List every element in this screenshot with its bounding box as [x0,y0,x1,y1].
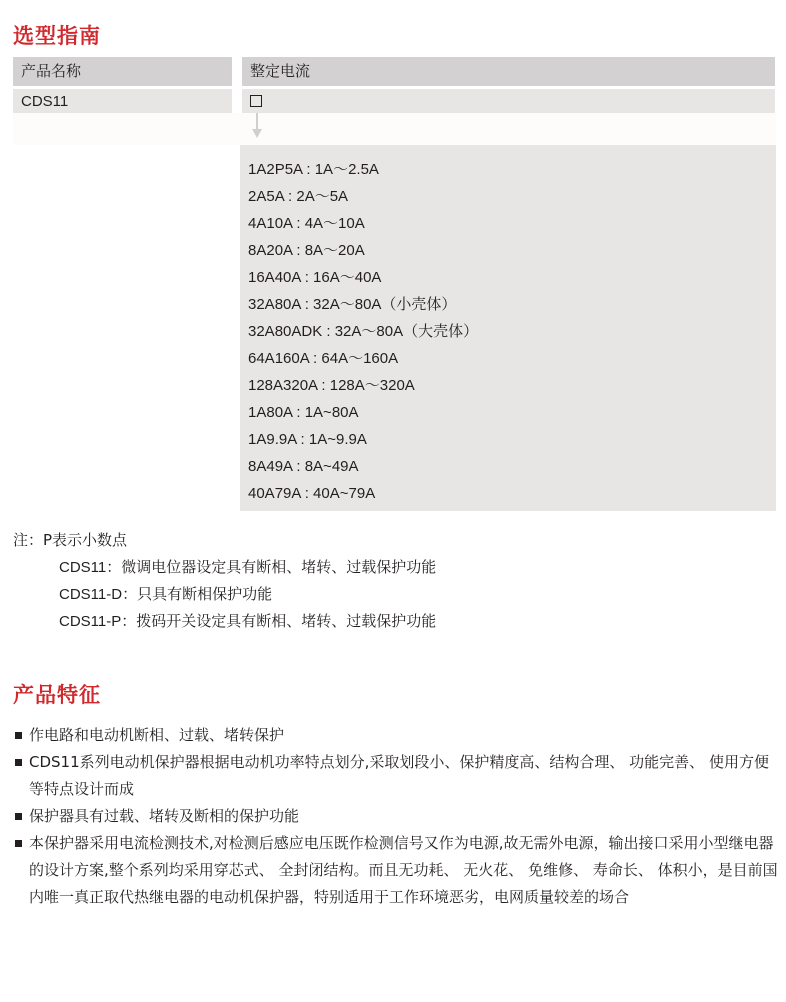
range-item: 2A5A : 2A～5A [248,183,776,210]
feature-text: 作电路和电动机断相、过载、堵转保护 [29,726,284,744]
feature-item: 保护器具有过载、堵转及断相的保护功能 [13,803,778,830]
note-item: CDS11-P：拨码开关设定具有断相、堵转、过载保护功能 [13,608,436,635]
range-item: 8A49A : 8A~49A [248,453,776,480]
square-bullet-icon [15,813,22,820]
note-item: CDS11-D：只具有断相保护功能 [13,581,436,608]
section-title-selection-guide: 选型指南 [13,20,101,50]
range-item: 1A80A : 1A~80A [248,399,776,426]
range-item: 128A320A : 128A～320A [248,372,776,399]
table-header-product-name: 产品名称 [13,57,232,86]
square-bullet-icon [15,732,22,739]
range-item: 16A40A : 16A～40A [248,264,776,291]
range-item: 32A80ADK : 32A～80A（大壳体） [248,318,776,345]
table-cell-product: CDS11 [13,89,232,113]
square-bullet-icon [15,759,22,766]
current-range-box: 1A2P5A : 1A～2.5A 2A5A : 2A～5A 4A10A : 4A… [240,145,776,511]
feature-list: 作电路和电动机断相、过载、堵转保护 CDS11系列电动机保护器根据电动机功率特点… [13,722,778,911]
feature-text: 本保护器采用电流检测技术,对检测后感应电压既作检测信号又作为电源,故无需外电源，… [29,834,778,906]
range-item: 64A160A : 64A～160A [248,345,776,372]
empty-square-icon [250,95,262,107]
connector-band [13,113,776,145]
square-bullet-icon [15,840,22,847]
arrow-head-icon [252,129,262,138]
feature-text: CDS11系列电动机保护器根据电动机功率特点划分,采取划段小、保护精度高、结构合… [29,753,769,798]
current-range-list: 1A2P5A : 1A～2.5A 2A5A : 2A～5A 4A10A : 4A… [240,145,776,507]
feature-item: CDS11系列电动机保护器根据电动机功率特点划分,采取划段小、保护精度高、结构合… [13,749,778,803]
feature-item: 本保护器采用电流检测技术,对检测后感应电压既作检测信号又作为电源,故无需外电源，… [13,830,778,911]
notes-block: 注：P表示小数点 CDS11：微调电位器设定具有断相、堵转、过载保护功能 CDS… [13,527,436,635]
section-title-product-features: 产品特征 [13,679,101,709]
feature-item: 作电路和电动机断相、过载、堵转保护 [13,722,778,749]
range-item: 1A2P5A : 1A～2.5A [248,156,776,183]
note-item: CDS11：微调电位器设定具有断相、堵转、过载保护功能 [13,554,436,581]
range-item: 32A80A : 32A～80A（小壳体） [248,291,776,318]
table-cell-current-placeholder [242,89,775,113]
note-lead: 注：P表示小数点 [13,527,436,554]
range-item: 1A9.9A : 1A~9.9A [248,426,776,453]
range-item: 4A10A : 4A～10A [248,210,776,237]
table-header-rated-current: 整定电流 [242,57,775,86]
range-item: 8A20A : 8A～20A [248,237,776,264]
feature-text: 保护器具有过载、堵转及断相的保护功能 [29,807,299,825]
range-item: 40A79A : 40A~79A [248,480,776,507]
